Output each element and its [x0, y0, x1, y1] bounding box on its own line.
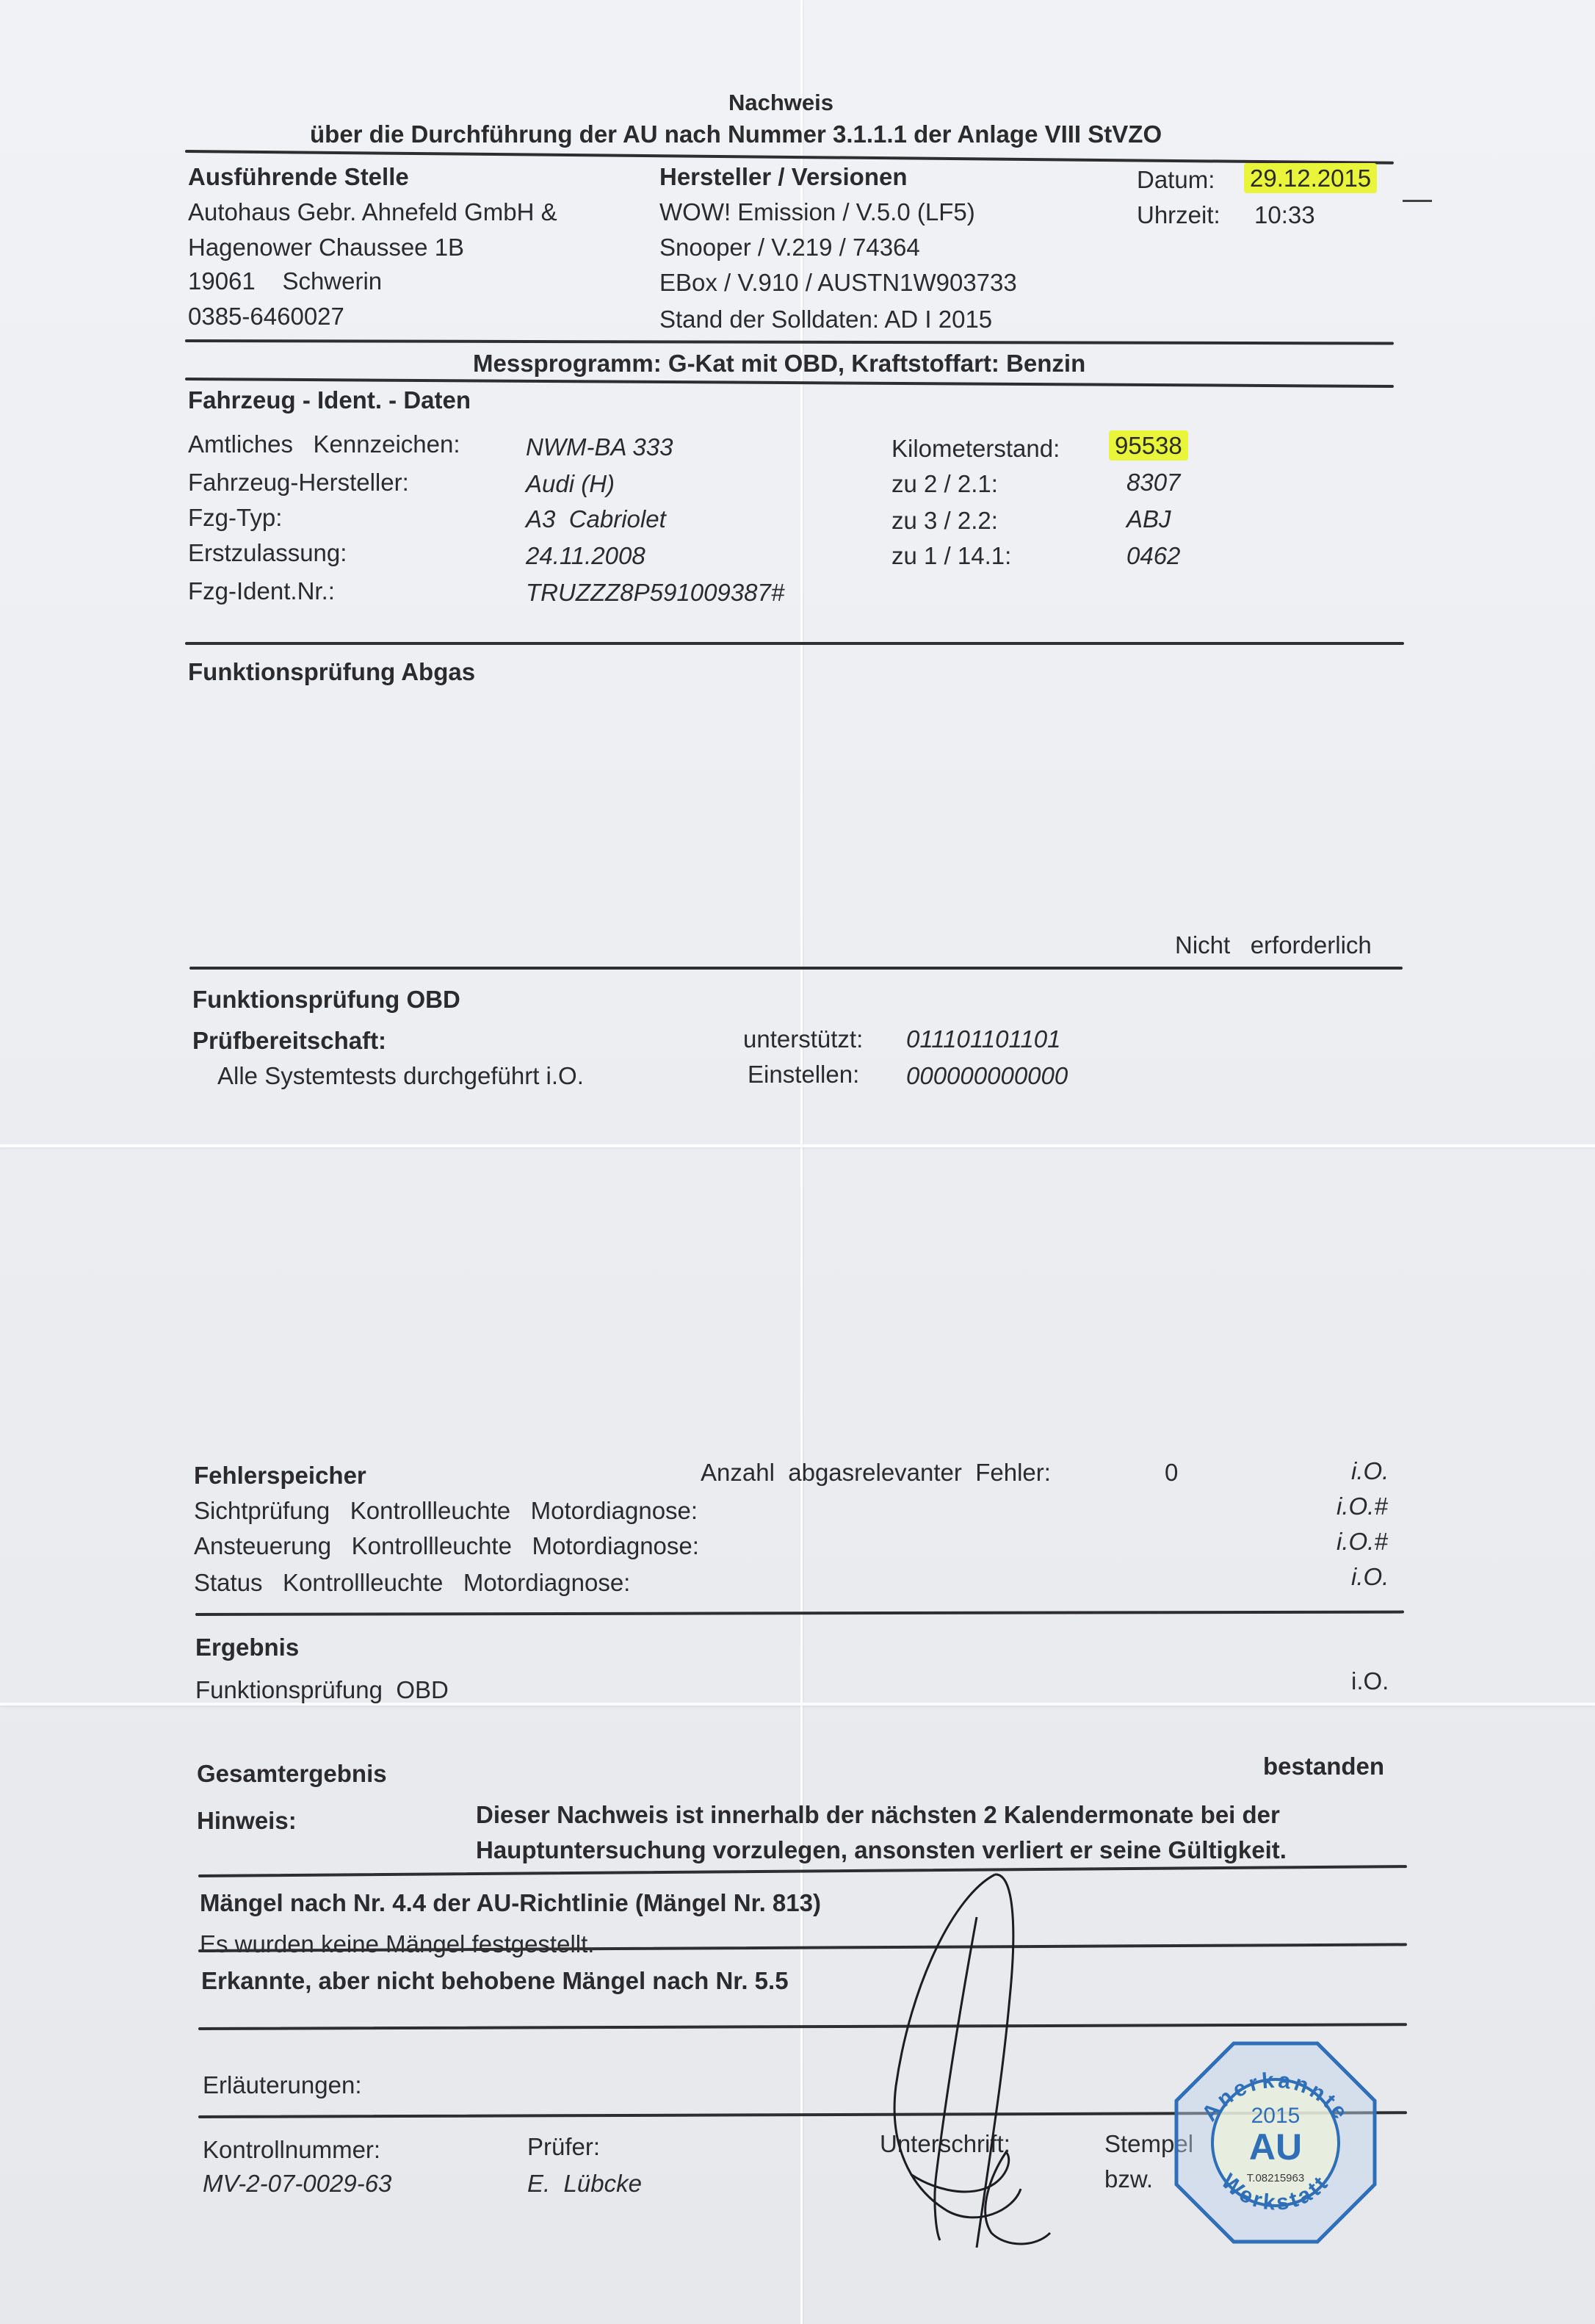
- inspector-value: E. Lübcke: [527, 2171, 642, 2195]
- version-line: EBox / V.910 / AUSTN1W903733: [659, 270, 1017, 295]
- vehicle-manufacturer: Audi (H): [526, 472, 615, 496]
- vehicle-label: Kilometerstand:: [891, 436, 1060, 461]
- fault-row-label: Ansteuerung Kontrollleuchte Motordiagnos…: [194, 1534, 699, 1558]
- version-line: Stand der Solldaten: AD I 2015: [659, 307, 992, 331]
- exhaust-test-heading: Funktionsprüfung Abgas: [188, 660, 475, 684]
- defects-text: Es wurden keine Mängel festgestellt.: [200, 1932, 594, 1956]
- doc-subtitle: über die Durchführung der AU nach Nummer…: [310, 122, 1162, 146]
- fault-count-label: Anzahl abgasrelevanter Fehler:: [701, 1460, 1051, 1484]
- versions-heading: Hersteller / Versionen: [659, 165, 908, 189]
- result-label: Funktionsprüfung OBD: [195, 1678, 449, 1702]
- pen-mark: [1403, 200, 1432, 202]
- notice-line: Dieser Nachweis ist innerhalb der nächst…: [476, 1802, 1280, 1827]
- divider: [185, 642, 1404, 645]
- fault-row-result: i.O.#: [1337, 1494, 1388, 1518]
- control-number-label: Kontrollnummer:: [203, 2137, 380, 2162]
- overall-label: Gesamtergebnis: [197, 1761, 387, 1786]
- odometer-value: 95538: [1109, 430, 1188, 461]
- fault-row-result: i.O.: [1351, 1565, 1389, 1589]
- control-number-value: MV-2-07-0029-63: [203, 2171, 391, 2195]
- remarks-label: Erläuterungen:: [203, 2073, 361, 2097]
- date-value: 29.12.2015: [1244, 163, 1377, 193]
- paper-fold-vertical: [800, 0, 803, 2324]
- divider: [185, 150, 1394, 165]
- date-label: Datum:: [1137, 167, 1215, 192]
- station-heading: Ausführende Stelle: [188, 165, 409, 189]
- vehicle-type: A3 Cabriolet: [526, 507, 666, 531]
- vehicle-label: Fzg-Ident.Nr.:: [188, 579, 335, 603]
- fault-count-value: 0: [1165, 1460, 1178, 1484]
- svg-text:T.08215963: T.08215963: [1247, 2172, 1304, 2184]
- readiness-label: Prüfbereitschaft:: [192, 1028, 386, 1053]
- fault-count-result: i.O.: [1351, 1459, 1389, 1483]
- station-line: Autohaus Gebr. Ahnefeld GmbH &: [188, 200, 557, 224]
- station-line: 19061 Schwerin: [188, 269, 382, 293]
- vehicle-first-registration: 24.11.2008: [526, 544, 645, 568]
- defects-heading: Mängel nach Nr. 4.4 der AU-Richtlinie (M…: [200, 1891, 821, 1915]
- fault-row-label: Sichtprüfung Kontrollleuchte Motordiagno…: [194, 1498, 698, 1523]
- vehicle-heading: Fahrzeug - Ident. - Daten: [188, 388, 471, 412]
- time-value: 10:33: [1254, 203, 1315, 227]
- vehicle-label: Fahrzeug-Hersteller:: [188, 470, 409, 494]
- result-value: i.O.: [1351, 1669, 1389, 1693]
- divider: [189, 967, 1403, 970]
- divider: [185, 339, 1394, 344]
- signature-icon: [867, 1866, 1131, 2248]
- version-line: WOW! Emission / V.5.0 (LF5): [659, 200, 975, 224]
- station-phone: 0385-6460027: [188, 304, 344, 328]
- vehicle-label: Amtliches Kennzeichen:: [188, 432, 460, 456]
- set-value: 000000000000: [906, 1064, 1068, 1088]
- svg-text:AU: AU: [1249, 2126, 1302, 2168]
- version-line: Snooper / V.219 / 74364: [659, 235, 920, 259]
- set-label: Einstellen:: [748, 1062, 859, 1086]
- overall-value: bestanden: [1263, 1754, 1384, 1778]
- vehicle-code: 8307: [1126, 470, 1180, 494]
- vehicle-vin: TRUZZZ8P591009387#: [526, 580, 784, 605]
- svg-text:2015: 2015: [1251, 2104, 1301, 2128]
- notice-line: Hauptuntersuchung vorzulegen, ansonsten …: [476, 1838, 1287, 1862]
- unresolved-defects-heading: Erkannte, aber nicht behobene Mängel nac…: [201, 1968, 789, 1993]
- au-workshop-stamp-icon: Anerkannte Werkstatt 2015 AU T.08215963: [1173, 2040, 1378, 2245]
- doc-title: Nachweis: [728, 91, 833, 114]
- vehicle-label: zu 1 / 14.1:: [891, 544, 1011, 568]
- vehicle-label: zu 3 / 2.2:: [891, 508, 998, 533]
- vehicle-label: Fzg-Typ:: [188, 505, 282, 530]
- exhaust-test-status: Nicht erforderlich: [1175, 933, 1372, 957]
- fault-memory-heading: Fehlerspeicher: [194, 1463, 366, 1487]
- readiness-note: Alle Systemtests durchgeführt i.O.: [217, 1064, 584, 1088]
- paper-fold-horizontal: [0, 1144, 1595, 1147]
- supported-value: 011101101101: [906, 1027, 1060, 1051]
- time-label: Uhrzeit:: [1137, 203, 1220, 227]
- measurement-program: Messprogramm: G-Kat mit OBD, Kraftstoffa…: [473, 351, 1085, 375]
- vehicle-label: Erstzulassung:: [188, 541, 347, 565]
- vehicle-plate: NWM-BA 333: [526, 435, 673, 459]
- vehicle-label: zu 2 / 2.1:: [891, 472, 998, 496]
- obd-test-heading: Funktionsprüfung OBD: [192, 987, 460, 1011]
- vehicle-code: ABJ: [1126, 507, 1171, 531]
- notice-label: Hinweis:: [197, 1808, 297, 1833]
- divider: [195, 1611, 1404, 1616]
- supported-label: unterstützt:: [743, 1027, 863, 1051]
- result-heading: Ergebnis: [195, 1635, 299, 1659]
- fault-row-result: i.O.#: [1337, 1529, 1388, 1553]
- vehicle-code: 0462: [1126, 544, 1180, 568]
- inspector-label: Prüfer:: [527, 2134, 600, 2159]
- station-line: Hagenower Chaussee 1B: [188, 235, 464, 259]
- fault-row-label: Status Kontrollleuchte Motordiagnose:: [194, 1570, 630, 1595]
